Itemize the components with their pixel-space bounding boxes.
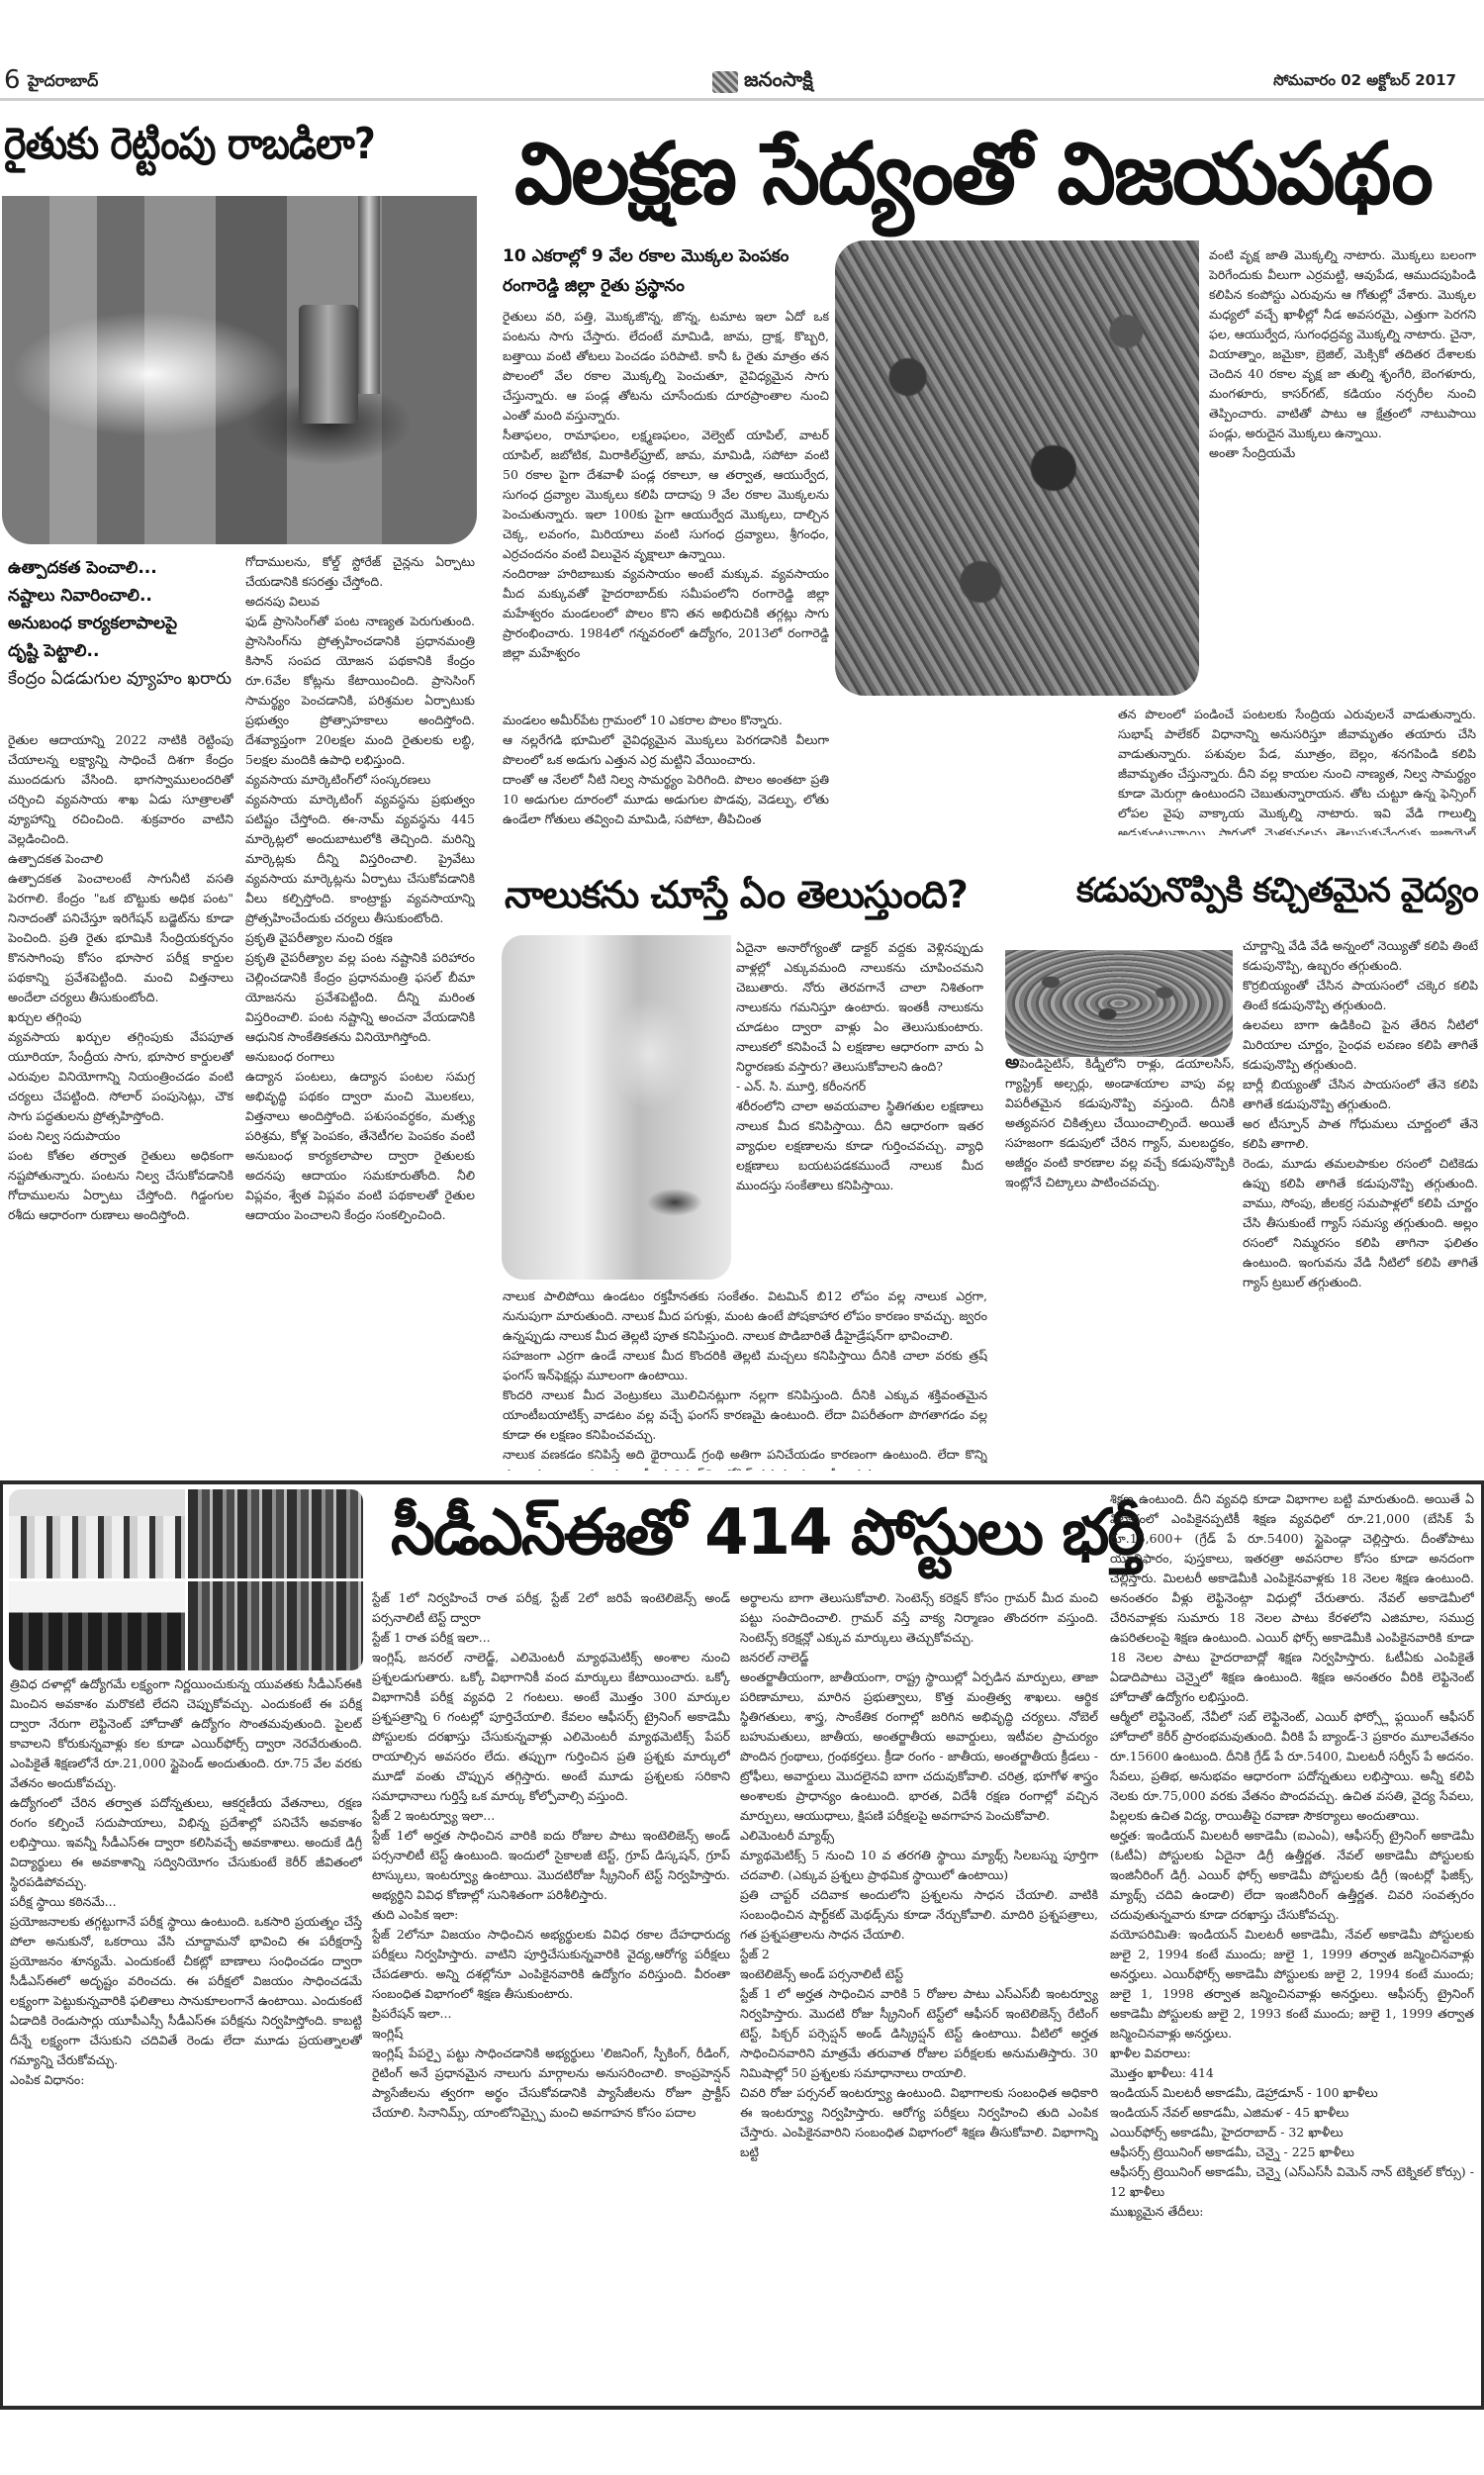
masthead: 6 హైదరాబాద్ జనంసాక్షి సోమవారం 02 అక్టోబర… — [0, 61, 1484, 97]
main-article-col-bottom: మండలం అమీర్‌పేట గ్రామంలో 10 ఎకరాల పొలం క… — [503, 711, 829, 829]
reader-question: ఏదైనా అనారోగ్యంతో డాక్టర్ వద్దకు వెళ్లిన… — [736, 938, 983, 1077]
paragraph: దాంతో ఆ నేలలో నీటి నిల్వ సామర్థ్యం పెరిగ… — [503, 770, 829, 829]
paragraph: కొందరి నాలుక మీద వెంట్రుకలు మొలిచినట్లుగ… — [503, 1385, 987, 1445]
tongue-article-headline: నాలుకను చూస్తే ఏం తెలుస్తుంది? — [505, 873, 968, 926]
paragraph: స్టేజ్ 2లోనూ విజయం సాధించిన అభ్యర్థులకు … — [372, 1925, 730, 2004]
remedy-item: చూర్ణాన్ని వేడి వేడి అన్నంలో నెయ్యితో కల… — [1243, 936, 1478, 976]
paragraph: నందిరాజు హరిబాబుకు వ్యవసాయం అంటే మక్కువ.… — [503, 564, 829, 663]
women-officers-photo — [188, 1581, 364, 1670]
tongue-article-answer: నాలుక పాలిపోయి ఉండటం రక్తహీనతకు సంకేతం. … — [503, 1286, 987, 1471]
water-pump-photo — [2, 196, 477, 544]
stomach-article-remedies: చూర్ణాన్ని వేడి వేడి అన్నంలో నెయ్యితో కల… — [1243, 936, 1478, 1475]
paragraph: గోదాములను, కోల్డ్ స్టోరేజ్ చైన్లను ఏర్పా… — [245, 552, 475, 592]
remedy-item: బార్లీ బియ్యంతో చేసిన పాయసంలో తేనె కలిపి… — [1243, 1075, 1478, 1114]
vacancy-item: ఎయిర్‌ఫోర్స్ అకాడమీ, హైదరాబాద్ - 32 ఖాళీ… — [1110, 2123, 1474, 2142]
subhead: అదనపు విలువ — [245, 592, 475, 612]
paragraph: చివరి రోజు పర్సనల్ ఇంటర్వ్యూ ఉంటుంది. వి… — [740, 2083, 1098, 2162]
tongue-article-question: ఏదైనా అనారోగ్యంతో డాక్టర్ వద్దకు వెళ్లిన… — [736, 938, 983, 1286]
box-border-bottom — [0, 2406, 1484, 2410]
paragraph: శిక్షణ ఉంటుంది. దీని వ్యవధి కూడా విభాగాల… — [1110, 1489, 1474, 1707]
paragraph: స్టేజ్ 1 లో అర్హత సాధించిన వారికి 5 రోజు… — [740, 1984, 1098, 2083]
paragraph: అపెండిసైటిస్, కిడ్నీలోని రాళ్లు, డయాలసిస… — [1005, 1053, 1235, 1192]
paragraph: వ్యవసాయ మార్కెటింగ్ వ్యవస్థను ప్రభుత్వం … — [245, 790, 475, 928]
paragraph: స్టేజ్ 1లో అర్హత సాధించిన వారికి ఐదు రోజ… — [372, 1826, 730, 1905]
subhead: పంట నిల్వ సదుపాయం — [8, 1126, 233, 1146]
farmer-article-headline: రైతుకు రెట్టింపు రాబడిలా? — [4, 119, 375, 180]
pipe-shape — [358, 196, 380, 394]
subhead: స్టేజ్ 2 — [740, 1945, 1098, 1964]
paragraph: ఉద్యోగంలో చేరిన తర్వాత పదోన్నతులు, ఆకర్ష… — [10, 1793, 362, 1892]
farmer-article-col1: రైతుల ఆదాయాన్ని 2022 నాటికి రెట్టింపు చే… — [8, 730, 233, 1475]
main-article-headline: విలక్షణ సేద్యంతో విజయపథం — [514, 125, 1432, 244]
drop-cap: అ — [1005, 1053, 1019, 1073]
subhead: ఖాళీల వివరాలు: — [1110, 2044, 1474, 2063]
subhead: తుది ఎంపిక ఇలా: — [372, 1905, 730, 1925]
subhead: అంతా సేంద్రియమే — [1209, 443, 1476, 463]
cds-article-col3: అర్థాలను బాగా తెలుసుకోవాలి. సెంటెన్స్ కర… — [740, 1588, 1098, 2398]
subhead: ప్రిపరేషన్ ఇలా... — [372, 2004, 730, 2024]
cds-article-col2: స్టేజ్ 1లో నిర్వహించే రాత పరీక్ష, స్టేజ్… — [372, 1588, 730, 2398]
deck-line: దృష్టి పెట్టాలి.. — [8, 637, 235, 665]
paragraph: శరీరంలోని చాలా అవయవాల స్థితిగతుల లక్షణాల… — [736, 1096, 983, 1195]
paragraph: రైతులు వరి, పత్తి, మొక్కజొన్న, జొన్న, టమ… — [503, 307, 829, 426]
parade-photo — [188, 1489, 364, 1578]
subhead: వ్యవసాయ మార్కెటింగ్‌లో సంస్కరణలు — [245, 770, 475, 790]
paragraph: వ్యవసాయ ఖర్చుల తగ్గింపుకు వేపపూత యూరియా,… — [8, 1027, 233, 1126]
paragraph: ప్రతి చాప్టర్ చదివాక అందులోని ప్రశ్నలను … — [740, 1885, 1098, 1945]
question-asker: - ఎన్. సి. మూర్తి, కరీంనగర్ — [736, 1077, 983, 1096]
paragraph: మండలం అమీర్‌పేట గ్రామంలో 10 ఎకరాల పొలం క… — [503, 711, 829, 730]
paragraph: సహజంగా ఎర్రగా ఉండే నాలుక మీద కొందరికి తె… — [503, 1346, 987, 1385]
deck-line: రంగారెడ్డి జిల్లా రైతు ప్రస్థానం — [503, 271, 829, 301]
child-tongue-exam-photo — [502, 935, 731, 1280]
subhead: పరీక్ష స్థాయి కఠినమే... — [10, 1892, 362, 1912]
subhead: ప్రకృతి వైపరీత్యాల నుంచి రక్షణ — [245, 928, 475, 948]
subhead: ఎలిమెంటరీ మ్యాథ్స్ — [740, 1826, 1098, 1846]
main-article-col-left: రైతులు వరి, పత్తి, మొక్కజొన్న, జొన్న, టమ… — [503, 307, 829, 691]
main-article-deck: 10 ఎకరాల్లో 9 వేల రకాల మొక్కల పెంపకం రంగ… — [503, 241, 829, 301]
stomach-article-intro: అపెండిసైటిస్, కిడ్నీలోని రాళ్లు, డయాలసిస… — [1005, 1053, 1235, 1475]
paragraph: అంతర్జాతీయంగా, జాతీయంగా, రాష్ట్ర స్థాయిల… — [740, 1667, 1098, 1826]
paragraph: ఉద్యాన పంటలు, ఉద్యాన పంటల సమగ్ర అభివృద్ధ… — [245, 1067, 475, 1225]
deck-line: 10 ఎకరాల్లో 9 వేల రకాల మొక్కల పెంపకం — [503, 241, 829, 271]
deck-line: ఉత్పాదకత పెంచాలి... — [8, 554, 235, 582]
paragraph: త్రివిధ దళాల్లో ఉద్యోగమే లక్ష్యంగా నిర్ణ… — [10, 1674, 362, 1793]
orchard-field-photo — [835, 240, 1199, 696]
paragraph: ఆ నల్లరేగడి భూమిలో వైవిధ్యమైన మొక్కలు పె… — [503, 730, 829, 770]
paragraph: అర్హత: ఇండియన్ మిలటరీ అకాడెమీ (ఐఎంఏ), ఆఫ… — [1110, 1826, 1474, 1925]
stomach-article-headline: కడుపునొప్పికి కచ్చితమైన వైద్యం — [1076, 871, 1478, 918]
vacancy-item: ఇండియన్ మిలటరీ అకాడమీ, డెహ్రాడూన్ - 100 … — [1110, 2083, 1474, 2103]
paragraph: తన పొలంలో పండించే పంటలకు సేంద్రియ ఎరువుల… — [1118, 705, 1476, 835]
box-border-left — [0, 1480, 3, 2409]
beans-photo — [1005, 950, 1233, 1057]
paper-logo: జనంసాక్షి — [712, 67, 813, 96]
paragraph: ఉత్పాదకత పెంచాలంటే సాగునీటి వసతి పెరగాలి… — [8, 869, 233, 1007]
pump-body-shape — [299, 305, 358, 424]
main-article-col-right-cont: తన పొలంలో పండించే పంటలకు సేంద్రియ ఎరువుల… — [1118, 705, 1476, 835]
subhead: అనుబంధ రంగాలు — [245, 1047, 475, 1067]
section-divider — [0, 1480, 1484, 1484]
subhead: ఖర్చుల తగ్గింపు — [8, 1007, 233, 1027]
cds-article-headline: సీడీఎస్‌ఈతో 414 పోస్టులు భర్తీ — [391, 1496, 1143, 1584]
cds-article-col1: త్రివిధ దళాల్లో ఉద్యోగమే లక్ష్యంగా నిర్ణ… — [10, 1674, 362, 2397]
vacancy-item: ఆఫీసర్స్ ట్రెయినింగ్ అకాడమీ, చెన్నై (ఎస్… — [1110, 2162, 1474, 2202]
subhead: ఇంగ్లిష్ — [372, 2024, 730, 2044]
edition-date: సోమవారం 02 అక్టోబర్ 2017 — [1273, 71, 1456, 93]
remedy-item: అర టీస్పూన్ పాత గోధుమలు చూర్ణంలో తేనె కల… — [1243, 1114, 1478, 1154]
remedy-item: రెండు, మూడు తమలపాకుల రసంలో చిటికెడు ఉప్ప… — [1243, 1154, 1478, 1292]
paragraph: ప్రయోజనాలకు తగ్గట్టుగానే పరీక్ష స్థాయి ఉ… — [10, 1912, 362, 2070]
paragraph: ఇంగ్లిష్ పేపర్పై పట్టు సాధించడానికి అభ్య… — [372, 2044, 730, 2123]
deck-line: అనుబంధ కార్యకలాపాలపై — [8, 610, 235, 637]
paragraph: సీతాఫలం, రామాఫలం, లక్ష్మణఫలం, వెల్వెట్ య… — [503, 426, 829, 564]
main-article-col-right: వంటి వృక్ష జాతి మొక్కల్ని నాటారు. మొక్కల… — [1209, 245, 1476, 701]
deck-line: కేంద్రం ఏడడుగుల వ్యూహం ఖరారు — [8, 665, 235, 693]
paragraph: పంట కోతల తర్వాత రైతులు అధికంగా నష్టపోతున… — [8, 1146, 233, 1225]
page-number: 6 — [4, 65, 21, 95]
intro-text: పెండిసైటిస్, కిడ్నీలోని రాళ్లు, డయాలసిస్… — [1005, 1056, 1235, 1190]
paragraph: ప్రకృతి వైపరీత్యాల వల్ల పంట నష్టానికి పర… — [245, 948, 475, 1047]
important-dates-label: ముఖ్యమైన తేదీలు: — [1110, 2202, 1474, 2222]
paragraph: మ్యాథమెటిక్స్ 5 నుంచి 10 వ తరగతి స్థాయి … — [740, 1846, 1098, 1885]
paragraph: అర్థాలను బాగా తెలుసుకోవాలి. సెంటెన్స్ కర… — [740, 1588, 1098, 1648]
total-vacancies: మొత్తం ఖాళీలు: 414 — [1110, 2063, 1474, 2083]
remedy-item: ఉలవలు బాగా ఉడికించి పైన తేరిన నీటిలో మిర… — [1243, 1015, 1478, 1075]
paragraph: ఫుడ్ ప్రాసెసింగ్‌తో పంట నాణ్యత పెరుగుతుం… — [245, 612, 475, 770]
vacancy-item: ఇండియన్ నేవల్ అకాడమీ, ఎజిమళ - 45 ఖాళీలు — [1110, 2103, 1474, 2123]
subhead: ఉత్పాదకత పెంచాలి — [8, 849, 233, 869]
paragraph: రైతుల ఆదాయాన్ని 2022 నాటికి రెట్టింపు చే… — [8, 730, 233, 849]
paragraph: ఆర్మీలో లెఫ్టినెంట్, నేవీలో సబ్ లెఫ్టినె… — [1110, 1707, 1474, 1826]
paragraph: నాలుక వణకడం కనిపిస్తే అది థైరాయిడ్ గ్రంథ… — [503, 1445, 987, 1471]
subhead: ఇంటెలిజెన్స్ అండ్ పర్సనాలిటీ టెస్ట్ — [740, 1964, 1098, 1984]
subhead: స్టేజ్ 1 రాత పరీక్ష ఇలా... — [372, 1628, 730, 1648]
cadets-marching-photo — [9, 1489, 185, 1578]
section-name: హైదరాబాద్ — [28, 71, 98, 94]
farmer-article-col2: గోదాములను, కోల్డ్ స్టోరేజ్ చైన్లను ఏర్పా… — [245, 552, 475, 1475]
logo-icon — [712, 71, 738, 93]
soldiers-silhouette-photo — [9, 1581, 185, 1670]
paragraph: వంటి వృక్ష జాతి మొక్కల్ని నాటారు. మొక్కల… — [1209, 245, 1476, 443]
subhead: స్టేజ్ 2 ఇంటర్వ్యూ ఇలా... — [372, 1806, 730, 1826]
army-cadets-collage — [9, 1489, 363, 1670]
paragraph: స్టేజ్ 1లో నిర్వహించే రాత పరీక్ష, స్టేజ్… — [372, 1588, 730, 1628]
remedy-item: కొర్రబియ్యంతో చేసిన పాయసంలో చక్కెర కలిపి… — [1243, 976, 1478, 1015]
paper-name: జనంసాక్షి — [744, 67, 813, 96]
header-divider — [0, 98, 1484, 101]
paragraph: ఇంగ్లిష్, జనరల్ నాలెడ్జ్, ఎలిమెంటరీ మ్యా… — [372, 1648, 730, 1806]
deck-line: నష్టాలు నివారించాలి.. — [8, 582, 235, 610]
subhead: ఎంపిక విధానం: — [10, 2070, 362, 2090]
cds-article-col4: శిక్షణ ఉంటుంది. దీని వ్యవధి కూడా విభాగాల… — [1110, 1489, 1474, 2398]
farmer-article-decks: ఉత్పాదకత పెంచాలి... నష్టాలు నివారించాలి.… — [8, 554, 235, 693]
paragraph: నాలుక పాలిపోయి ఉండటం రక్తహీనతకు సంకేతం. … — [503, 1286, 987, 1346]
paragraph: వయోపరిమితి: ఇండియన్ మిలటరీ అకాడెమీ, నేవల… — [1110, 1925, 1474, 2044]
subhead: జనరల్ నాలెడ్జ్ — [740, 1648, 1098, 1667]
vacancy-item: ఆఫీసర్స్ ట్రెయినింగ్ అకాడమీ, చెన్నై - 22… — [1110, 2142, 1474, 2162]
